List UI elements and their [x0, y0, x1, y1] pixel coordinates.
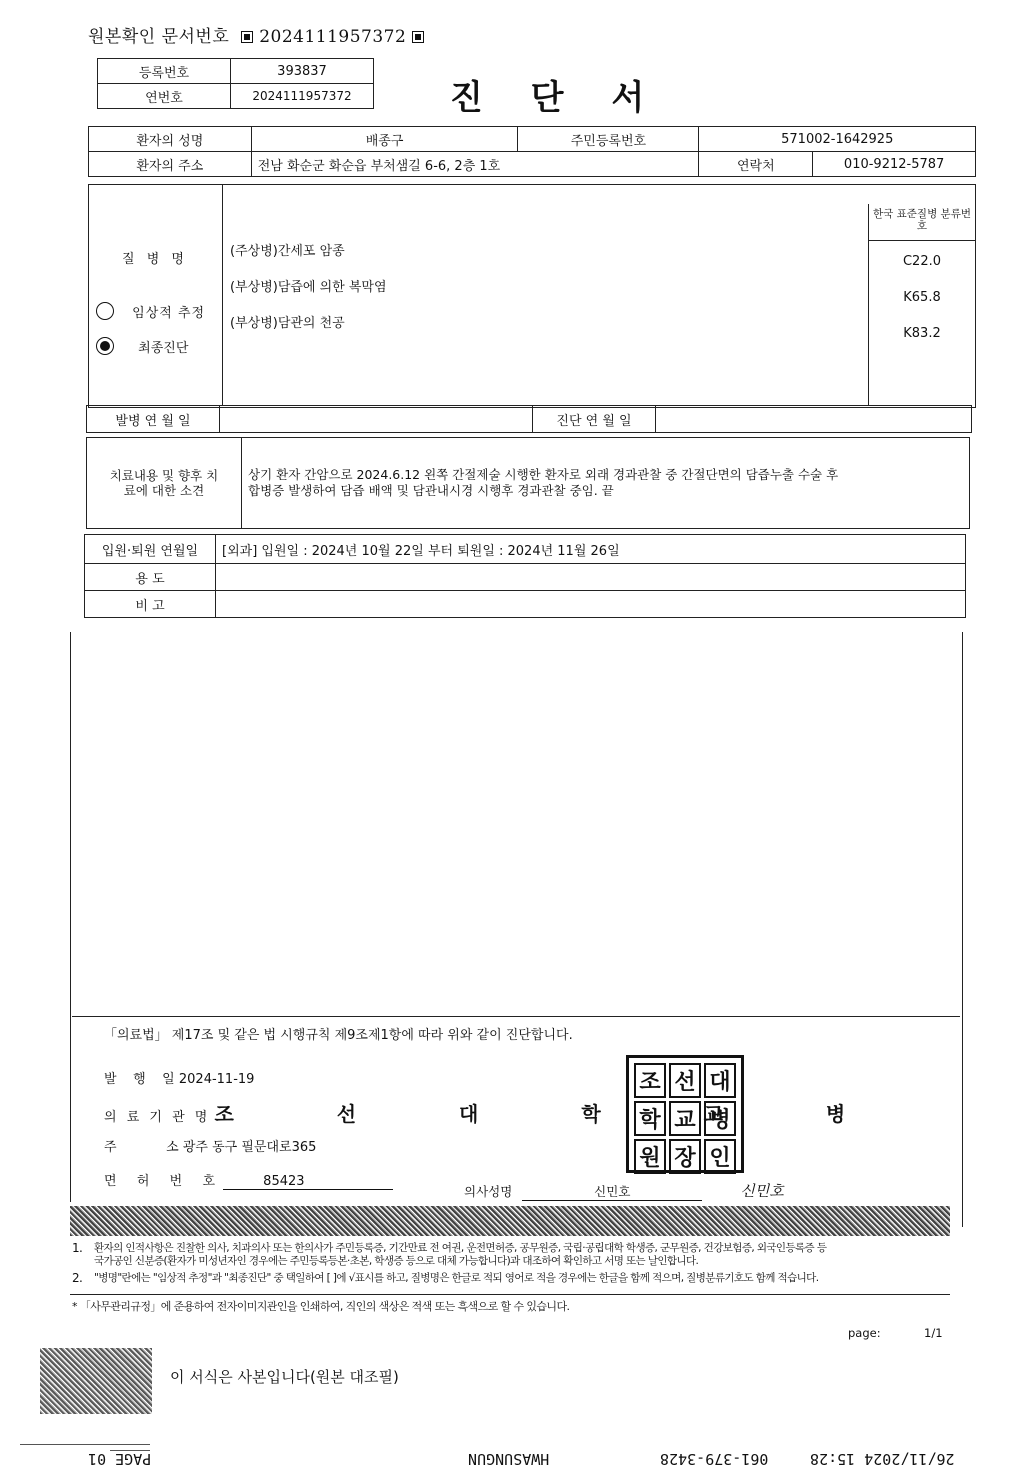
institution-address: 광주 동구 필문대로365	[183, 1140, 317, 1155]
square-marker-icon	[412, 31, 424, 43]
rrn-value: 571002-1642925	[699, 127, 976, 152]
issue-date-row: 발 행 일 2024-11-19	[104, 1068, 254, 1087]
diagnosis-code: K65.8	[870, 280, 974, 316]
contact-value: 010-9212-5787	[813, 152, 976, 177]
fax-page: PAGE 01	[88, 1450, 151, 1468]
document-number-header: 원본확인 문서번호 2024111957372	[88, 22, 430, 47]
diag-date-label: 진단 연 월 일	[533, 406, 656, 433]
purpose-label: 용 도	[85, 564, 216, 591]
onset-value	[220, 406, 533, 433]
address-value: 전남 화순군 화순읍 부처샘길 6-6, 2층 1호	[251, 152, 699, 177]
onset-label: 발병 연 월 일	[87, 406, 220, 433]
doctor-signature: 신민호	[740, 1182, 783, 1200]
hospital-seal-stamp: 조 선 대 학 교 병 원 장 인	[626, 1055, 744, 1173]
reg-no-label: 등록번호	[98, 59, 231, 84]
note-1-line-2: 국가공인 신분증(환자가 미성년자인 경우에는 주민등록등본·초본, 학생증 등…	[94, 1255, 826, 1268]
notes-section: 1. 환자의 인적사항은 진찰한 의사, 치과의사 또는 한의사가 주민등록증,…	[72, 1242, 952, 1285]
fax-phone: 061-379-3428	[660, 1450, 768, 1468]
radio-checked-icon[interactable]	[96, 337, 114, 355]
note-1-line-1: 환자의 인적사항은 진찰한 의사, 치과의사 또는 한의사가 주민등록증, 기간…	[94, 1242, 826, 1255]
treatment-label: 치료내용 및 향후 치료에 대한 소견	[87, 438, 242, 529]
institution-address-row: 주 소 광주 동구 필문대로365	[104, 1136, 316, 1155]
admission-table: 입원·퇴원 연월일 [외과] 입원일 : 2024년 10월 22일 부터 퇴원…	[84, 534, 966, 618]
diagnosis-item: (부상병)담관의 천공	[230, 306, 387, 342]
institution-row: 의 료 기 관 명 조 선 대 학 교 병	[104, 1098, 893, 1127]
serial-number: 2024111957372	[231, 84, 374, 109]
remarks-label: 비 고	[85, 591, 216, 618]
scan-noise-band	[70, 1206, 950, 1236]
diagnosis-list: (주상병)간세포 암종 (부상병)담즙에 의한 복막염 (부상병)담관의 천공	[230, 234, 387, 342]
diag-date-value	[656, 406, 972, 433]
address-label: 환자의 주소	[89, 152, 252, 177]
document-title: 진 단 서	[450, 70, 662, 119]
verification-barcode	[40, 1348, 152, 1414]
fax-datetime: 26/11/2024 15:28	[810, 1450, 955, 1468]
remarks-value	[216, 591, 966, 618]
option-final-diagnosis[interactable]: 최종진단	[96, 337, 188, 356]
doctor-name: 신민호	[522, 1182, 702, 1201]
doc-number-label: 원본확인 문서번호	[88, 27, 229, 47]
reg-no: 393837	[231, 59, 374, 84]
doctor-row: 의사성명 신민호 신민호	[464, 1180, 784, 1201]
copy-notice: 이 서식은 사본입니다(원본 대조필)	[170, 1366, 399, 1387]
issue-date: 2024-11-19	[179, 1072, 255, 1087]
fax-sender: HWASUNGUN	[468, 1450, 549, 1468]
patient-name-label: 환자의 성명	[89, 127, 252, 152]
note-2: "병명"란에는 "임상적 추정"과 "최종진단" 중 택일하여 [ ]에 √표시…	[94, 1272, 818, 1285]
certification-statement: 「의료법」 제17조 및 같은 법 시행규칙 제9조제1항에 따라 위와 같이 …	[104, 1024, 573, 1043]
option-clinical-estimate[interactable]: 임상적 추정	[96, 302, 205, 321]
admission-value: [외과] 입원일 : 2024년 10월 22일 부터 퇴원일 : 2024년 …	[216, 535, 966, 564]
license-row: 면 허 번 호 85423	[104, 1170, 393, 1190]
square-marker-icon	[241, 31, 253, 43]
patient-table: 환자의 성명 배종구 주민등록번호 571002-1642925 환자의 주소 …	[88, 126, 976, 177]
code-header: 한국 표준질병 분류번호	[870, 208, 974, 232]
license-number: 85423	[223, 1174, 393, 1190]
diagnosis-item: (부상병)담즙에 의한 복막염	[230, 270, 387, 306]
diagnosis-code: C22.0	[870, 244, 974, 280]
serial-label: 연번호	[98, 84, 231, 109]
treatment-opinion: 상기 환자 간암으로 2024.6.12 왼쪽 간절제술 시행한 환자로 외래 …	[242, 438, 970, 529]
radio-unchecked-icon[interactable]	[96, 302, 114, 320]
diagnosis-label: 질 병 명	[88, 248, 222, 267]
rrn-label: 주민등록번호	[518, 127, 699, 152]
contact-label: 연락처	[699, 152, 813, 177]
registration-table: 등록번호 393837 연번호 2024111957372	[97, 58, 374, 109]
patient-name: 배종구	[251, 127, 518, 152]
note-star: * 「사무관리규정」에 준용하여 전자이미지관인을 인쇄하여, 직인의 색상은 …	[72, 1300, 952, 1313]
admission-label: 입원·퇴원 연월일	[85, 535, 216, 564]
diagnosis-codes: C22.0 K65.8 K83.2	[870, 244, 974, 352]
diagnosis-item: (주상병)간세포 암종	[230, 234, 387, 270]
doc-number: 2024111957372	[259, 27, 406, 47]
treatment-table: 치료내용 및 향후 치료에 대한 소견 상기 환자 간암으로 2024.6.12…	[86, 437, 970, 529]
onset-table: 발병 연 월 일 진단 연 월 일	[86, 405, 972, 433]
diagnosis-code: K83.2	[870, 316, 974, 352]
purpose-value	[216, 564, 966, 591]
institution-name: 조 선 대 학 교 병	[214, 1102, 893, 1126]
